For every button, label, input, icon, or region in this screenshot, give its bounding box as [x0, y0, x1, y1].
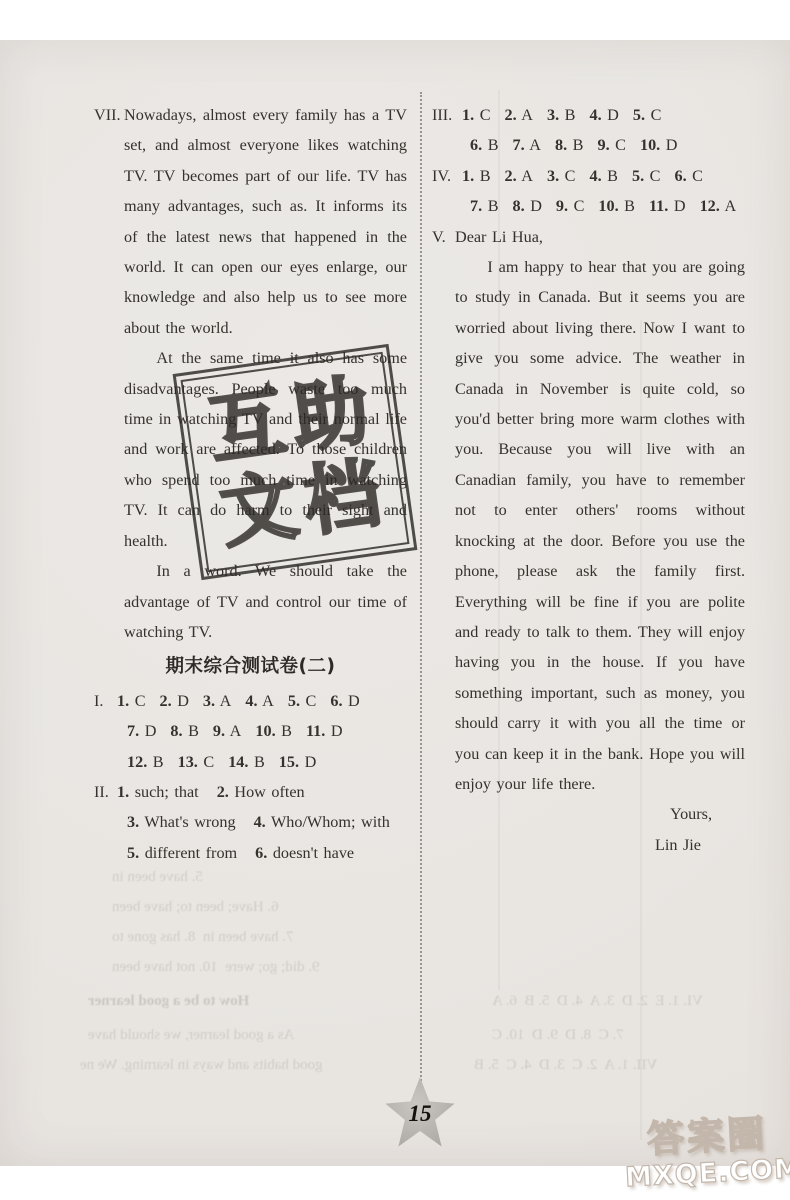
answer-item: 7. D [127, 722, 156, 740]
answer-item: 2. A [505, 167, 533, 185]
answer-item: 6. B [470, 136, 499, 154]
letter-closing: Yours, [455, 799, 745, 829]
section-1-marker: I. [94, 686, 103, 716]
answer-row: 3. What's wrong4. Who/Whom; with [127, 807, 407, 837]
answer-item: 4. A [245, 692, 273, 710]
section-4-marker: IV. [432, 161, 451, 191]
answer-row: 12. B13. C14. B15. D [127, 747, 407, 777]
answer-item: 9. C [556, 197, 585, 215]
section-2-marker: II. [94, 777, 109, 807]
bleedthrough-text: good habits and ways in learning. We ne [80, 1056, 323, 1074]
section-7-marker: VII. [94, 100, 121, 130]
answer-item: 11. D [306, 722, 343, 740]
answer-item: 1. such; that [117, 783, 199, 801]
column-divider [420, 92, 422, 1097]
answer-item: 9. A [213, 722, 241, 740]
letter-body: I am happy to hear that you are going to… [455, 252, 745, 799]
scanned-page: 5. have been in 6. Have; been to; have b… [0, 40, 790, 1166]
section-3-marker: III. [432, 100, 452, 130]
test-paper-heading: 期末综合测试卷(二) [94, 652, 407, 682]
answer-row: 1. such; that2. How often [117, 777, 407, 807]
answer-item: 1. C [117, 692, 146, 710]
answer-item: 7. A [513, 136, 541, 154]
answer-item: 6. doesn't have [255, 844, 354, 862]
answers-section-1-rows: 1. C2. D3. A4. A5. C6. D7. D8. B9. A10. … [117, 686, 407, 777]
right-column: III. 1. C2. A3. B4. D5. C6. B7. A8. B9. … [432, 100, 745, 860]
brand-watermark-site: MXQE.COM [624, 1154, 790, 1194]
answers-section-2-rows: 1. such; that2. How often3. What's wrong… [117, 777, 407, 868]
answer-item: 5. C [632, 167, 661, 185]
essay-paragraph-1: Nowadays, almost every family has a TV s… [124, 100, 407, 343]
answer-item: 1. B [462, 167, 491, 185]
bleedthrough-text: VII. 1. A 2. C 3. D 4. C 5. B [474, 1056, 657, 1074]
answer-item: 10. B [598, 197, 635, 215]
answer-item: 4. Who/Whom; with [254, 813, 390, 831]
answer-item: 2. A [505, 106, 533, 124]
letter-salutation: Dear Li Hua, [455, 222, 745, 252]
answer-item: 10. B [255, 722, 292, 740]
bleedthrough-text: 6. Have; been to; have been [112, 898, 279, 916]
answer-item: 3. What's wrong [127, 813, 236, 831]
answer-row: 7. B8. D9. C10. B11. D12. A [470, 191, 745, 221]
brand-watermark: 答案圈 MXQE.COM [622, 1112, 790, 1194]
left-column: VII. Nowadays, almost every family has a… [94, 100, 407, 868]
bleedthrough-text: 5. have been in [112, 868, 203, 886]
answer-item: 3. C [547, 167, 576, 185]
answer-item: 4. B [589, 167, 618, 185]
bleedthrough-text: 7. C 8. D 9. D 10. C [492, 1026, 624, 1044]
bleedthrough-text: 9. did; go; were 10. not have been [112, 958, 319, 976]
essay-paragraph-2: At the same time it also has some disadv… [124, 343, 407, 556]
answer-item: 3. B [547, 106, 576, 124]
bleedthrough-text: 7. have been in 8. has gone to [112, 928, 294, 946]
answer-row: 1. C2. D3. A4. A5. C6. D [117, 686, 407, 716]
answer-item: 15. D [279, 753, 316, 771]
answer-item: 10. D [640, 136, 677, 154]
bleedthrough-text: VI. 1. E 2. D 3. A 4. D 5. B 6. A [492, 992, 703, 1010]
answer-item: 1. C [462, 106, 491, 124]
answers-section-1: I. 1. C2. D3. A4. A5. C6. D7. D8. B9. A1… [94, 686, 407, 777]
answer-row: 1. C2. A3. B4. D5. C [462, 100, 745, 130]
brand-watermark-name: 答案圈 [622, 1112, 790, 1163]
section-7-essay: VII. Nowadays, almost every family has a… [94, 100, 407, 647]
essay-paragraph-3: In a word. We should take the advantage … [124, 556, 407, 647]
letter-signature: Lin Jie [455, 830, 745, 860]
answer-row: 5. different from6. doesn't have [127, 838, 407, 868]
answers-section-4-rows: 1. B2. A3. C4. B5. C6. C7. B8. D9. C10. … [462, 161, 745, 222]
answer-item: 5. C [288, 692, 317, 710]
answer-item: 4. D [589, 106, 618, 124]
answers-section-3-rows: 1. C2. A3. B4. D5. C6. B7. A8. B9. C10. … [462, 100, 745, 161]
answers-section-2: II. 1. such; that2. How often3. What's w… [94, 777, 407, 868]
bleedthrough-text: As a good learner, we should have [88, 1026, 294, 1044]
answer-item: 5. C [633, 106, 662, 124]
answers-section-3: III. 1. C2. A3. B4. D5. C6. B7. A8. B9. … [432, 100, 745, 161]
answer-item: 8. B [170, 722, 199, 740]
answer-item: 14. B [228, 753, 265, 771]
answer-item: 7. B [470, 197, 499, 215]
answer-item: 3. A [203, 692, 231, 710]
answer-item: 12. A [700, 197, 737, 215]
answer-row: 6. B7. A8. B9. C10. D [470, 130, 745, 160]
answer-item: 11. D [649, 197, 686, 215]
answer-item: 6. C [674, 167, 703, 185]
section-5-letter: V. Dear Li Hua, I am happy to hear that … [432, 222, 745, 861]
answer-item: 12. B [127, 753, 164, 771]
answer-row: 1. B2. A3. C4. B5. C6. C [462, 161, 745, 191]
answer-item: 8. D [513, 197, 542, 215]
answer-item: 2. D [160, 692, 189, 710]
answer-item: 5. different from [127, 844, 237, 862]
answer-item: 6. D [330, 692, 359, 710]
answer-row: 7. D8. B9. A10. B11. D [127, 716, 407, 746]
section-5-marker: V. [432, 222, 446, 252]
bleedthrough-text: How to be a good learner [88, 992, 249, 1010]
answer-item: 2. How often [217, 783, 305, 801]
answer-item: 8. B [555, 136, 584, 154]
answer-item: 9. C [597, 136, 626, 154]
answer-item: 13. C [178, 753, 215, 771]
answers-section-4: IV. 1. B2. A3. C4. B5. C6. C7. B8. D9. C… [432, 161, 745, 222]
page-number: 15 [384, 1101, 456, 1127]
